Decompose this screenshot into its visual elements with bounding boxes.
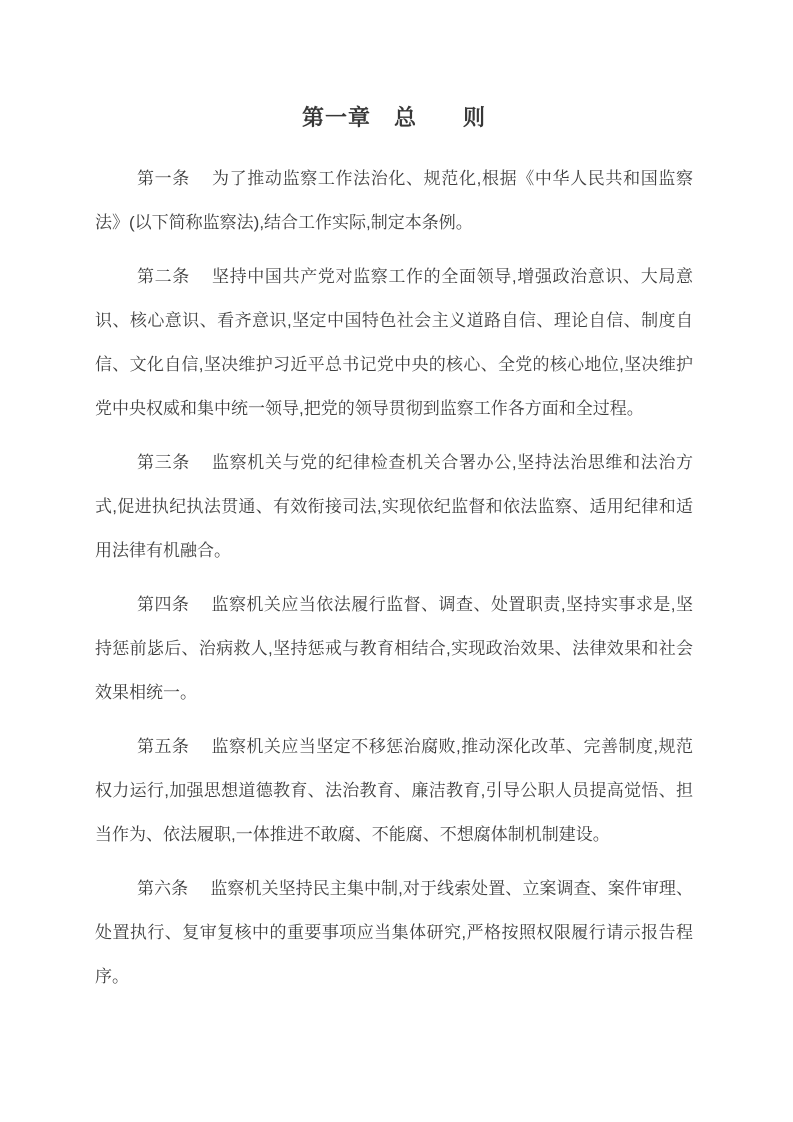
article-paragraph-1: 第一条为了推动监察工作法治化、规范化,根据《中华人民共和国监察法》(以下简称监察… [95,157,693,245]
article-number: 第三条 [137,453,190,472]
article-number: 第二条 [137,267,190,286]
article-text: 坚持中国共产党对监察工作的全面领导,增强政治意识、大局意识、核心意识、看齐意识,… [95,267,693,418]
article-paragraph-3: 第三条监察机关与党的纪律检查机关合署办公,坚持法治思维和法治方式,促进执纪执法贯… [95,441,693,573]
article-paragraph-6: 第六条监察机关坚持民主集中制,对于线索处置、立案调查、案件审理、处置执行、复审复… [95,867,693,999]
article-number: 第一条 [137,169,190,188]
document-page: 第一章 总 则 第一条为了推动监察工作法治化、规范化,根据《中华人民共和国监察法… [0,0,793,1122]
article-number: 第四条 [137,595,189,614]
article-paragraph-5: 第五条监察机关应当坚定不移惩治腐败,推动深化改革、完善制度,规范权力运行,加强思… [95,725,693,857]
document-body: 第一章 总 则 第一条为了推动监察工作法治化、规范化,根据《中华人民共和国监察法… [95,103,693,1009]
chapter-title: 第一章 总 则 [95,103,693,133]
article-paragraph-4: 第四条监察机关应当依法履行监督、调查、处置职责,坚持实事求是,坚持惩前毖后、治病… [95,583,693,715]
article-number: 第六条 [137,879,188,898]
article-paragraph-2: 第二条坚持中国共产党对监察工作的全面领导,增强政治意识、大局意识、核心意识、看齐… [95,255,693,431]
article-number: 第五条 [137,737,189,756]
